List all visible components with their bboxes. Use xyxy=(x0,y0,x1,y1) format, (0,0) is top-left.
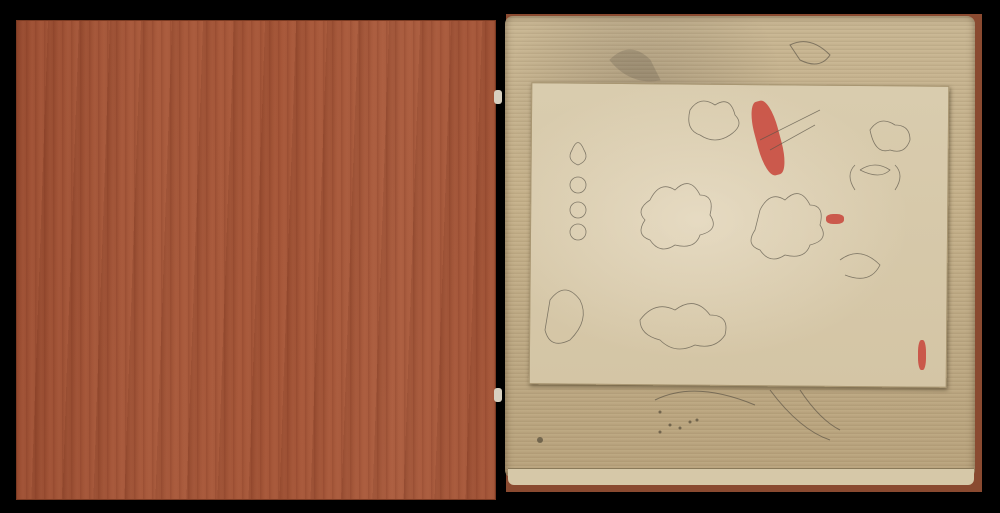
pencil-sketches xyxy=(0,0,1000,513)
